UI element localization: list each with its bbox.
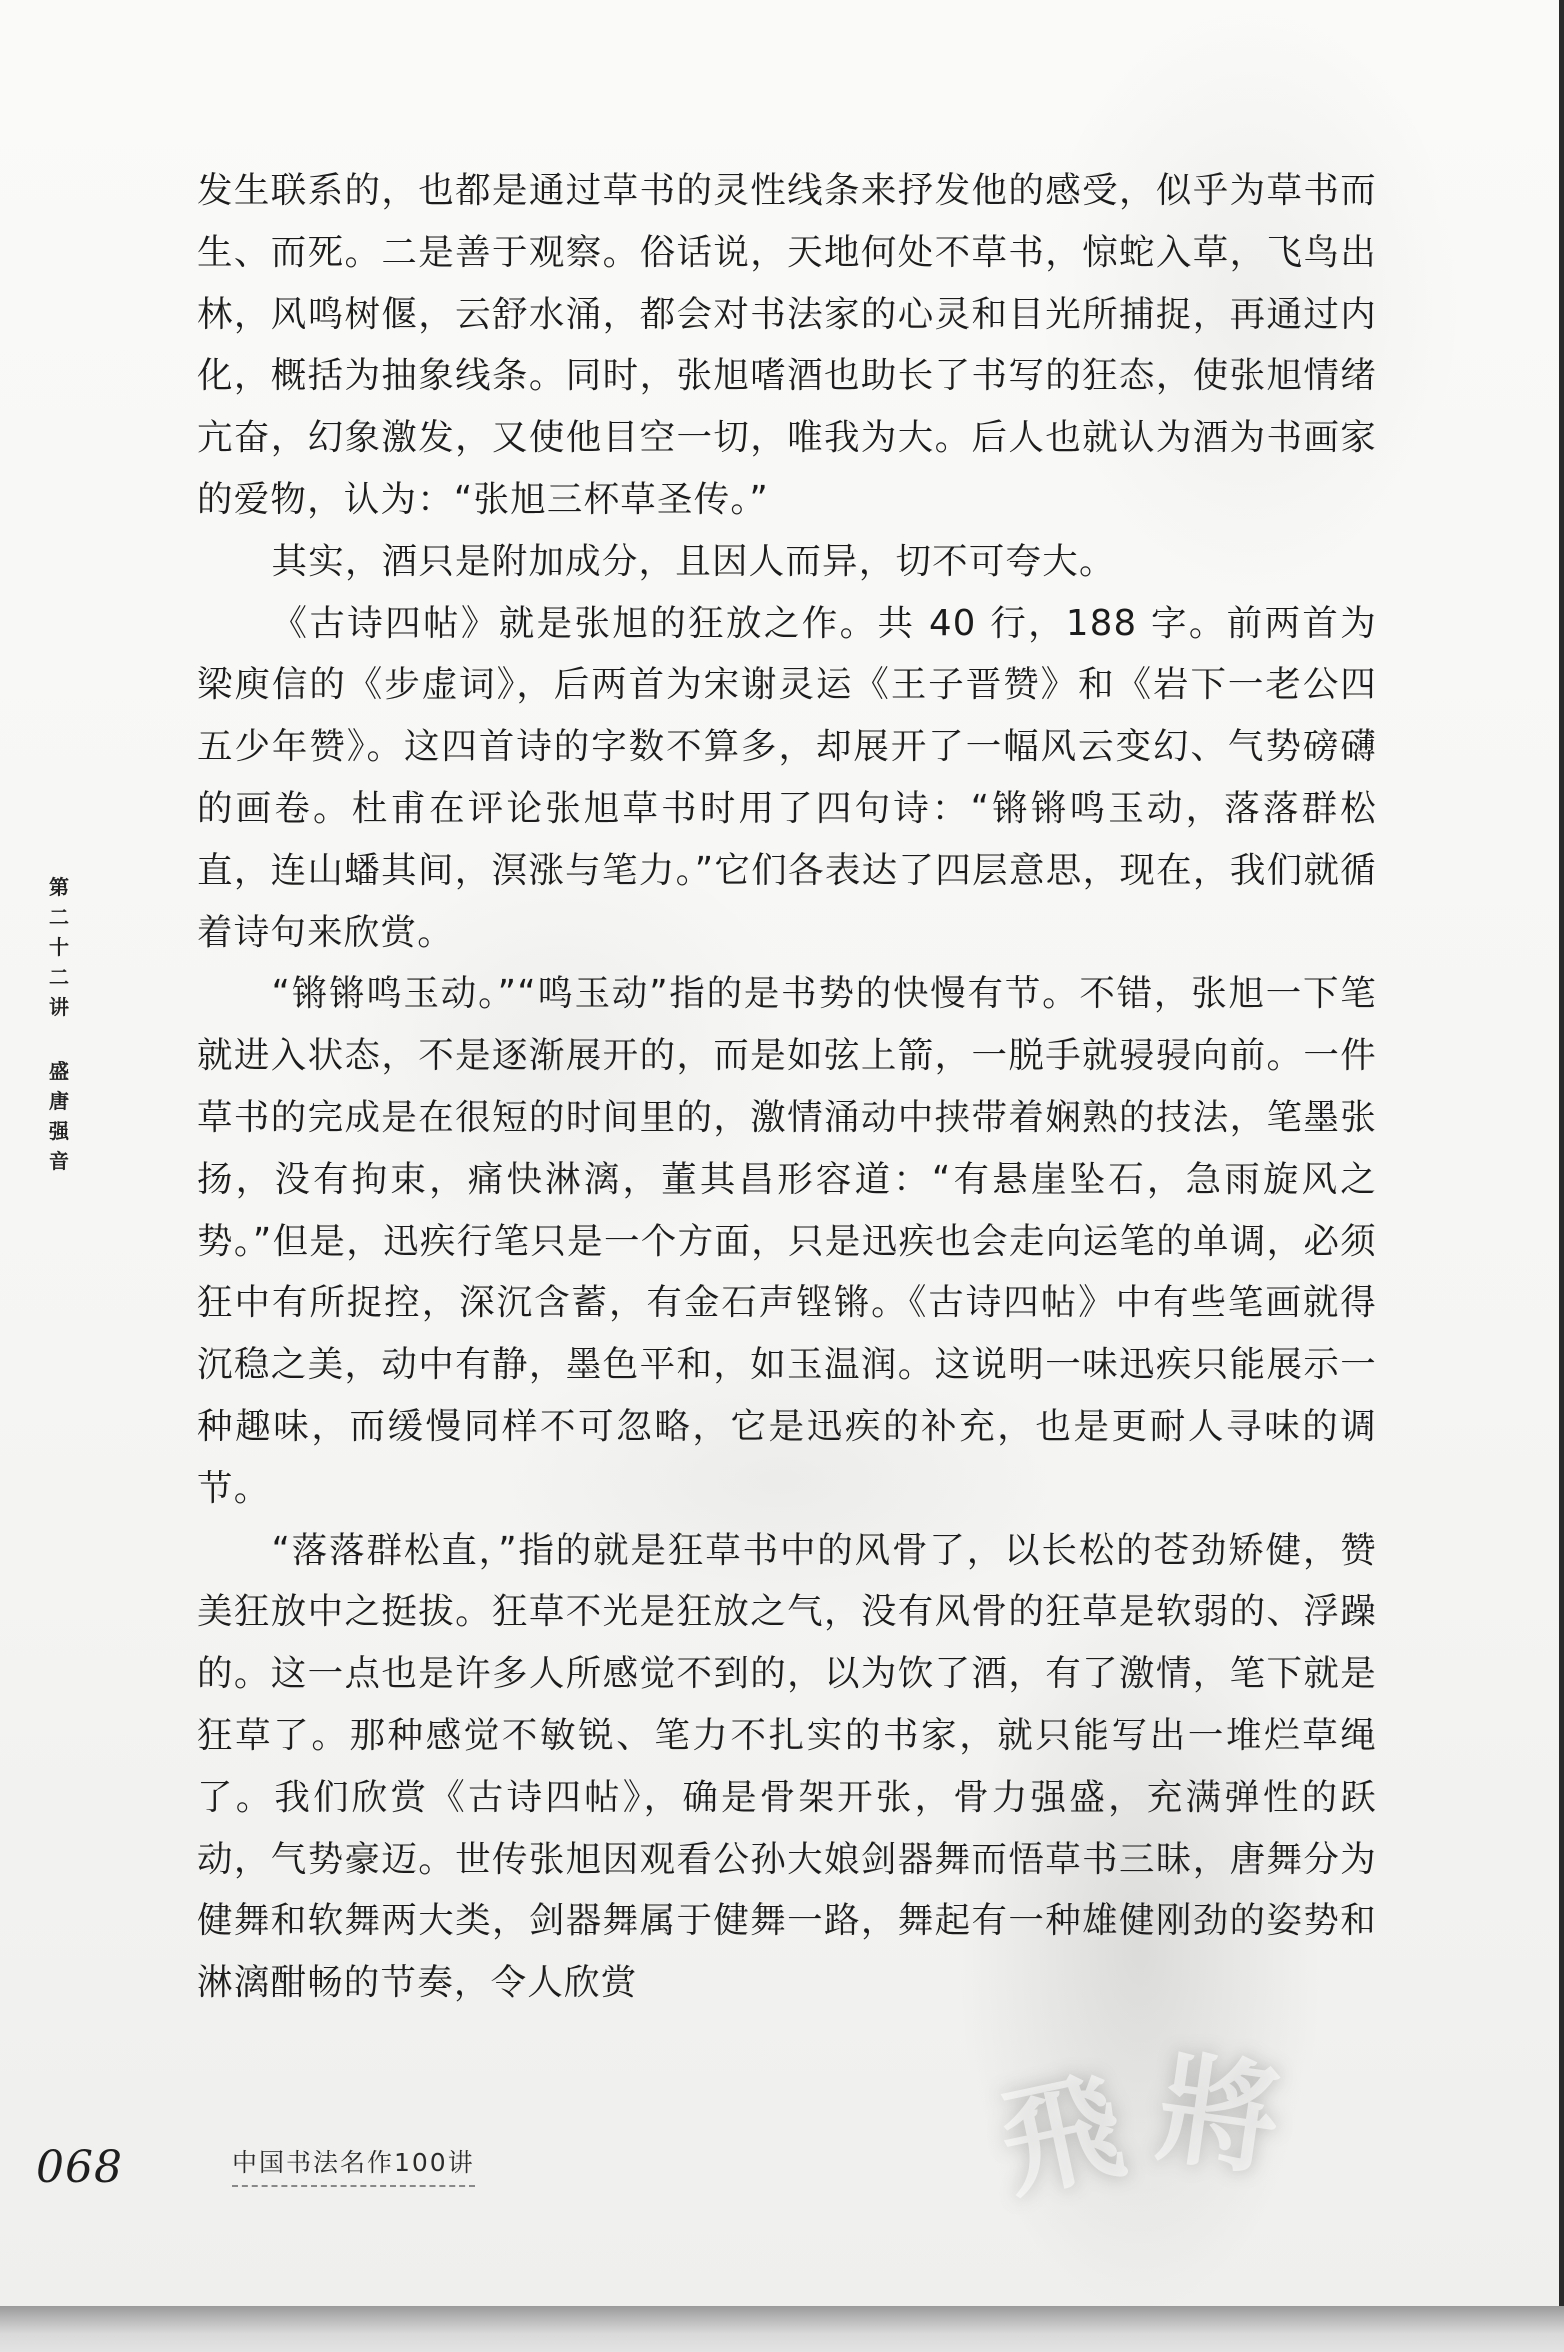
paragraph: “落落群松直，”指的就是狂草书中的风骨了，以长松的苍劲矫健，赞美狂放中之挺拔。狂… (197, 1520, 1377, 2014)
paragraph: 《古诗四帖》就是张旭的狂放之作。共 40 行，188 字。前两首为梁庾信的《步虚… (197, 593, 1377, 964)
scanner-bottom-band (0, 2306, 1564, 2352)
side-label-gap (42, 1022, 76, 1056)
paragraph: “锵锵鸣玉动。”“鸣玉动”指的是书势的快慢有节。不错，张旭一下笔就进入状态，不是… (197, 963, 1377, 1519)
scan-right-edge (1559, 0, 1564, 2308)
page-number: 068 (36, 2142, 166, 2193)
calligraphy-watermark: 將 (1149, 2012, 1292, 2199)
chapter-side-label: 第二十二讲 盛唐强音 (42, 872, 76, 1176)
paragraph: 其实，酒只是附加成分，且因人而异，切不可夸大。 (197, 531, 1377, 593)
calligraphy-watermark: 飛 (983, 2029, 1136, 2222)
page-footer: 068 中国书法名作100讲 (36, 2142, 475, 2193)
chapter-section-title: 盛唐强音 (48, 1056, 70, 1176)
running-book-title: 中国书法名作100讲 (232, 2143, 475, 2187)
body-text: 发生联系的，也都是通过草书的灵性线条来抒发他的感受，似乎为草书而生、而死。二是善… (197, 160, 1377, 2014)
book-page: 飛 將 第二十二讲 盛唐强音 发生联系的，也都是通过草书的灵性线条来抒发他的感受… (0, 0, 1560, 2308)
chapter-number: 第二十二讲 (48, 872, 70, 1022)
paragraph: 发生联系的，也都是通过草书的灵性线条来抒发他的感受，似乎为草书而生、而死。二是善… (197, 160, 1377, 531)
